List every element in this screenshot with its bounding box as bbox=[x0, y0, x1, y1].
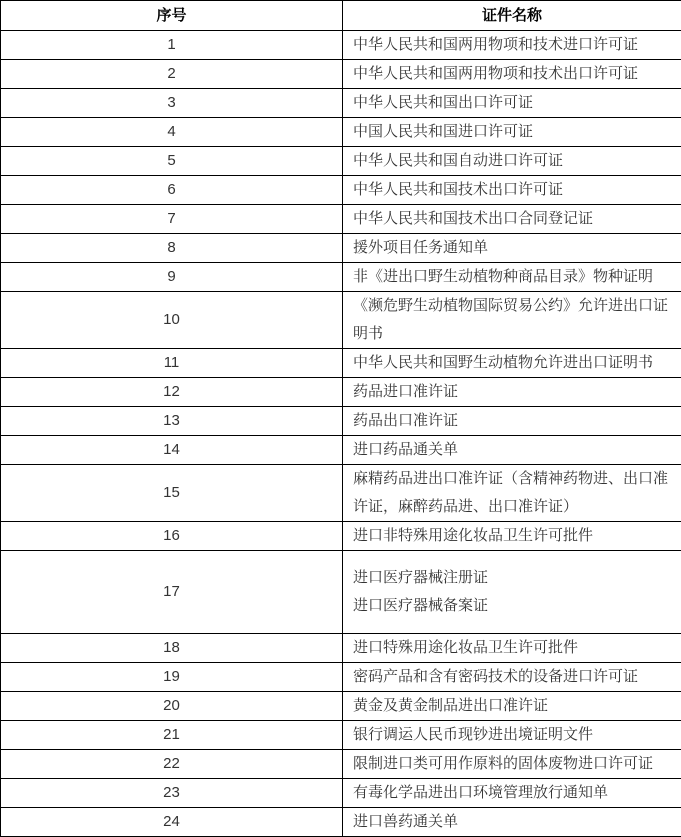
certificate-name-cell: 进口药品通关单 bbox=[343, 436, 681, 465]
certificate-name-cell: 黄金及黄金制品进出口准许证 bbox=[343, 692, 681, 721]
certificate-name-line: 中华人民共和国野生动植物允许进出口证明书 bbox=[353, 349, 671, 377]
serial-number-cell: 9 bbox=[1, 263, 343, 292]
certificate-name-cell: 中华人民共和国技术出口许可证 bbox=[343, 176, 681, 205]
certificate-name-line: 药品出口准许证 bbox=[353, 407, 671, 435]
serial-number-cell: 14 bbox=[1, 436, 343, 465]
certificate-name-line: 密码产品和含有密码技术的设备进口许可证 bbox=[353, 663, 671, 691]
certificate-name-cell: 《濒危野生动植物国际贸易公约》允许进出口证明书 bbox=[343, 292, 681, 349]
certificate-name-cell: 进口医疗器械注册证进口医疗器械备案证 bbox=[343, 551, 681, 634]
serial-number-cell: 11 bbox=[1, 349, 343, 378]
table-row: 21银行调运人民币现钞进出境证明文件 bbox=[1, 721, 681, 750]
table-row: 8援外项目任务通知单 bbox=[1, 234, 681, 263]
serial-number-cell: 18 bbox=[1, 634, 343, 663]
certificate-name-line: 中华人民共和国技术出口合同登记证 bbox=[353, 205, 671, 233]
certificate-name-line: 药品进口准许证 bbox=[353, 378, 671, 406]
certificate-name-cell: 密码产品和含有密码技术的设备进口许可证 bbox=[343, 663, 681, 692]
serial-number-cell: 5 bbox=[1, 147, 343, 176]
certificate-name-line: 中华人民共和国两用物项和技术进口许可证 bbox=[353, 31, 671, 59]
table-row: 3中华人民共和国出口许可证 bbox=[1, 89, 681, 118]
table-row: 19密码产品和含有密码技术的设备进口许可证 bbox=[1, 663, 681, 692]
header-serial-number: 序号 bbox=[1, 1, 343, 31]
certificate-name-line: 进口医疗器械备案证 bbox=[353, 592, 671, 620]
serial-number-cell: 22 bbox=[1, 750, 343, 779]
certificate-name-cell: 药品进口准许证 bbox=[343, 378, 681, 407]
certificate-name-cell: 中华人民共和国两用物项和技术出口许可证 bbox=[343, 60, 681, 89]
certificate-name-cell: 银行调运人民币现钞进出境证明文件 bbox=[343, 721, 681, 750]
certificate-name-cell: 进口兽药通关单 bbox=[343, 808, 681, 837]
serial-number-cell: 10 bbox=[1, 292, 343, 349]
certificate-name-line: 麻精药品进出口准许证（含精神药物进、出口准许证，麻醉药品进、出口准许证） bbox=[353, 465, 671, 521]
table-row: 10《濒危野生动植物国际贸易公约》允许进出口证明书 bbox=[1, 292, 681, 349]
certificate-name-cell: 中华人民共和国技术出口合同登记证 bbox=[343, 205, 681, 234]
table-row: 13药品出口准许证 bbox=[1, 407, 681, 436]
table-row: 12药品进口准许证 bbox=[1, 378, 681, 407]
certificate-name-line: 进口非特殊用途化妆品卫生许可批件 bbox=[353, 522, 671, 550]
serial-number-cell: 2 bbox=[1, 60, 343, 89]
certificate-name-cell: 有毒化学品进出口环境管理放行通知单 bbox=[343, 779, 681, 808]
table-row: 17进口医疗器械注册证进口医疗器械备案证 bbox=[1, 551, 681, 634]
certificate-name-cell: 麻精药品进出口准许证（含精神药物进、出口准许证，麻醉药品进、出口准许证） bbox=[343, 465, 681, 522]
certificate-name-line: 黄金及黄金制品进出口准许证 bbox=[353, 692, 671, 720]
certificate-name-cell: 中国人民共和国进口许可证 bbox=[343, 118, 681, 147]
table-row: 20黄金及黄金制品进出口准许证 bbox=[1, 692, 681, 721]
table-row: 18进口特殊用途化妆品卫生许可批件 bbox=[1, 634, 681, 663]
certificate-name-cell: 中华人民共和国自动进口许可证 bbox=[343, 147, 681, 176]
certificate-name-cell: 中华人民共和国两用物项和技术进口许可证 bbox=[343, 31, 681, 60]
serial-number-cell: 1 bbox=[1, 31, 343, 60]
certificate-name-line: 银行调运人民币现钞进出境证明文件 bbox=[353, 721, 671, 749]
table-row: 11中华人民共和国野生动植物允许进出口证明书 bbox=[1, 349, 681, 378]
serial-number-cell: 12 bbox=[1, 378, 343, 407]
serial-number-cell: 19 bbox=[1, 663, 343, 692]
certificate-name-line: 中华人民共和国出口许可证 bbox=[353, 89, 671, 117]
document-page: 序号 证件名称 1中华人民共和国两用物项和技术进口许可证2中华人民共和国两用物项… bbox=[0, 0, 681, 837]
certificate-name-line: 非《进出口野生动植物种商品目录》物种证明 bbox=[353, 263, 671, 291]
table-row: 5中华人民共和国自动进口许可证 bbox=[1, 147, 681, 176]
certificate-name-line: 进口医疗器械注册证 bbox=[353, 564, 671, 592]
certificate-name-cell: 中华人民共和国出口许可证 bbox=[343, 89, 681, 118]
serial-number-cell: 7 bbox=[1, 205, 343, 234]
certificate-name-line: 有毒化学品进出口环境管理放行通知单 bbox=[353, 779, 671, 807]
serial-number-cell: 13 bbox=[1, 407, 343, 436]
table-row: 14进口药品通关单 bbox=[1, 436, 681, 465]
table-row: 23有毒化学品进出口环境管理放行通知单 bbox=[1, 779, 681, 808]
table-row: 7中华人民共和国技术出口合同登记证 bbox=[1, 205, 681, 234]
certificate-name-cell: 限制进口类可用作原料的固体废物进口许可证 bbox=[343, 750, 681, 779]
serial-number-cell: 16 bbox=[1, 522, 343, 551]
certificate-name-cell: 药品出口准许证 bbox=[343, 407, 681, 436]
certificate-name-line: 限制进口类可用作原料的固体废物进口许可证 bbox=[353, 750, 671, 778]
table-row: 6中华人民共和国技术出口许可证 bbox=[1, 176, 681, 205]
table-row: 4中国人民共和国进口许可证 bbox=[1, 118, 681, 147]
certificate-name-cell: 中华人民共和国野生动植物允许进出口证明书 bbox=[343, 349, 681, 378]
serial-number-cell: 6 bbox=[1, 176, 343, 205]
table-row: 1中华人民共和国两用物项和技术进口许可证 bbox=[1, 31, 681, 60]
serial-number-cell: 24 bbox=[1, 808, 343, 837]
table-row: 16进口非特殊用途化妆品卫生许可批件 bbox=[1, 522, 681, 551]
certificate-name-line: 中华人民共和国自动进口许可证 bbox=[353, 147, 671, 175]
table-row: 24进口兽药通关单 bbox=[1, 808, 681, 837]
serial-number-cell: 17 bbox=[1, 551, 343, 634]
certificate-table: 序号 证件名称 1中华人民共和国两用物项和技术进口许可证2中华人民共和国两用物项… bbox=[0, 0, 681, 837]
table-row: 2中华人民共和国两用物项和技术出口许可证 bbox=[1, 60, 681, 89]
table-header-row: 序号 证件名称 bbox=[1, 1, 681, 31]
certificate-name-line: 中华人民共和国技术出口许可证 bbox=[353, 176, 671, 204]
certificate-name-line: 中华人民共和国两用物项和技术出口许可证 bbox=[353, 60, 671, 88]
serial-number-cell: 8 bbox=[1, 234, 343, 263]
certificate-name-line: 《濒危野生动植物国际贸易公约》允许进出口证明书 bbox=[353, 292, 671, 348]
serial-number-cell: 20 bbox=[1, 692, 343, 721]
serial-number-cell: 23 bbox=[1, 779, 343, 808]
certificate-name-line: 援外项目任务通知单 bbox=[353, 234, 671, 262]
certificate-name-line: 进口特殊用途化妆品卫生许可批件 bbox=[353, 634, 671, 662]
certificate-name-line: 进口兽药通关单 bbox=[353, 808, 671, 836]
certificate-name-cell: 援外项目任务通知单 bbox=[343, 234, 681, 263]
serial-number-cell: 15 bbox=[1, 465, 343, 522]
table-row: 22限制进口类可用作原料的固体废物进口许可证 bbox=[1, 750, 681, 779]
serial-number-cell: 4 bbox=[1, 118, 343, 147]
table-body: 1中华人民共和国两用物项和技术进口许可证2中华人民共和国两用物项和技术出口许可证… bbox=[1, 31, 681, 837]
serial-number-cell: 3 bbox=[1, 89, 343, 118]
certificate-name-line: 中国人民共和国进口许可证 bbox=[353, 118, 671, 146]
table-row: 9非《进出口野生动植物种商品目录》物种证明 bbox=[1, 263, 681, 292]
serial-number-cell: 21 bbox=[1, 721, 343, 750]
certificate-name-cell: 进口特殊用途化妆品卫生许可批件 bbox=[343, 634, 681, 663]
table-row: 15麻精药品进出口准许证（含精神药物进、出口准许证，麻醉药品进、出口准许证） bbox=[1, 465, 681, 522]
certificate-name-cell: 进口非特殊用途化妆品卫生许可批件 bbox=[343, 522, 681, 551]
certificate-name-line: 进口药品通关单 bbox=[353, 436, 671, 464]
header-certificate-name: 证件名称 bbox=[343, 1, 681, 31]
certificate-name-cell: 非《进出口野生动植物种商品目录》物种证明 bbox=[343, 263, 681, 292]
